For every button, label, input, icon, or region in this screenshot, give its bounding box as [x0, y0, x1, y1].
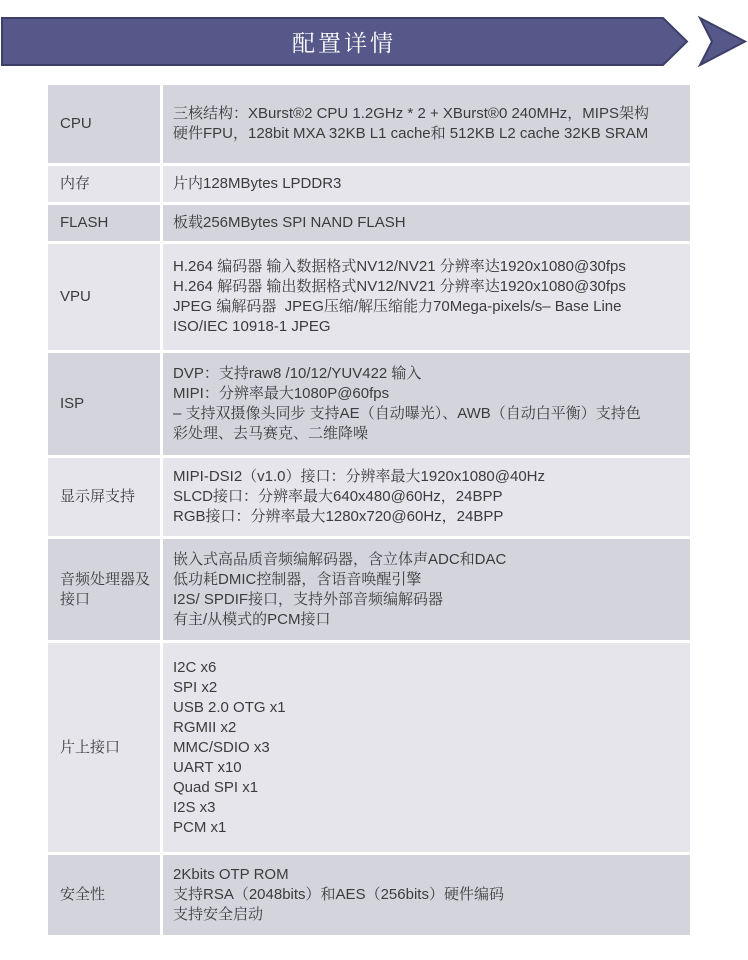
- spec-line: I2C x6: [173, 658, 682, 678]
- spec-line: H.264 编码器 输入数据格式NV12/NV21 分辨率达1920x1080@…: [173, 257, 682, 277]
- table-row: ISP DVP：支持raw8 /10/12/YUV422 输入MIPI：分辨率最…: [48, 353, 690, 455]
- spec-row-label: 音频处理器及接口: [48, 539, 160, 640]
- spec-row-value: 三核结构：XBurst®2 CPU 1.2GHz * 2 + XBurst®0 …: [163, 85, 690, 163]
- spec-line: 低功耗DMIC控制器，含语音唤醒引擎: [173, 570, 682, 590]
- header-banner: 配置详情: [0, 0, 748, 72]
- spec-line: 嵌入式高品质音频编解码器，含立体声ADC和DAC: [173, 550, 682, 570]
- table-row: 安全性 2Kbits OTP ROM支持RSA（2048bits）和AES（25…: [48, 855, 690, 935]
- spec-line: JPEG 编解码器 JPEG压缩/解压缩能力70Mega-pixels/s– B…: [173, 297, 682, 317]
- spec-line: MIPI：分辨率最大1080P@60fps: [173, 384, 682, 404]
- spec-table: CPU 三核结构：XBurst®2 CPU 1.2GHz * 2 + XBurs…: [48, 85, 690, 935]
- chevron-right-icon: [700, 18, 745, 65]
- spec-row-label: 显示屏支持: [48, 458, 160, 536]
- spec-line: ISO/IEC 10918-1 JPEG: [173, 317, 682, 337]
- table-row: 内存 片内128MBytes LPDDR3: [48, 166, 690, 202]
- spec-row-label: CPU: [48, 85, 160, 163]
- spec-row-label: ISP: [48, 353, 160, 455]
- spec-line: RGB接口：分辨率最大1280x720@60Hz，24BPP: [173, 507, 682, 527]
- spec-row-label: 内存: [48, 166, 160, 202]
- spec-line: 2Kbits OTP ROM: [173, 865, 682, 885]
- spec-line: 硬件FPU，128bit MXA 32KB L1 cache和 512KB L2…: [173, 124, 682, 144]
- spec-line: DVP：支持raw8 /10/12/YUV422 输入: [173, 364, 682, 384]
- spec-line: MIPI-DSI2（v1.0）接口：分辨率最大1920x1080@40Hz: [173, 467, 682, 487]
- table-row: 片上接口 I2C x6SPI x2USB 2.0 OTG x1RGMII x2M…: [48, 643, 690, 852]
- spec-line: 板载256MBytes SPI NAND FLASH: [173, 213, 682, 233]
- spec-row-value: I2C x6SPI x2USB 2.0 OTG x1RGMII x2MMC/SD…: [163, 643, 690, 852]
- page-title: 配置详情: [0, 18, 688, 65]
- spec-row-value: 嵌入式高品质音频编解码器，含立体声ADC和DAC低功耗DMIC控制器，含语音唤醒…: [163, 539, 690, 640]
- spec-line: – 支持双摄像头同步 支持AE（自动曝光）、AWB（自动白平衡）支持色: [173, 404, 682, 424]
- spec-line: 彩处理、去马赛克、二维降噪: [173, 424, 682, 444]
- table-row: 音频处理器及接口 嵌入式高品质音频编解码器，含立体声ADC和DAC低功耗DMIC…: [48, 539, 690, 640]
- spec-row-label: 安全性: [48, 855, 160, 935]
- spec-line: MMC/SDIO x3: [173, 738, 682, 758]
- spec-row-value: MIPI-DSI2（v1.0）接口：分辨率最大1920x1080@40HzSLC…: [163, 458, 690, 536]
- spec-line: Quad SPI x1: [173, 778, 682, 798]
- spec-line: USB 2.0 OTG x1: [173, 698, 682, 718]
- spec-line: UART x10: [173, 758, 682, 778]
- spec-row-value: DVP：支持raw8 /10/12/YUV422 输入MIPI：分辨率最大108…: [163, 353, 690, 455]
- spec-row-value: H.264 编码器 输入数据格式NV12/NV21 分辨率达1920x1080@…: [163, 244, 690, 350]
- spec-row-value: 2Kbits OTP ROM支持RSA（2048bits）和AES（256bit…: [163, 855, 690, 935]
- spec-row-label: 片上接口: [48, 643, 160, 852]
- spec-line: I2S x3: [173, 798, 682, 818]
- spec-line: SLCD接口：分辨率最大640x480@60Hz，24BPP: [173, 487, 682, 507]
- spec-line: 有主/从模式的PCM接口: [173, 610, 682, 630]
- table-row: FLASH 板载256MBytes SPI NAND FLASH: [48, 205, 690, 241]
- spec-line: PCM x1: [173, 818, 682, 838]
- spec-row-value: 板载256MBytes SPI NAND FLASH: [163, 205, 690, 241]
- table-row: VPU H.264 编码器 输入数据格式NV12/NV21 分辨率达1920x1…: [48, 244, 690, 350]
- table-row: CPU 三核结构：XBurst®2 CPU 1.2GHz * 2 + XBurs…: [48, 85, 690, 163]
- spec-line: 三核结构：XBurst®2 CPU 1.2GHz * 2 + XBurst®0 …: [173, 104, 682, 124]
- table-row: 显示屏支持 MIPI-DSI2（v1.0）接口：分辨率最大1920x1080@4…: [48, 458, 690, 536]
- spec-line: RGMII x2: [173, 718, 682, 738]
- spec-line: SPI x2: [173, 678, 682, 698]
- spec-row-label: VPU: [48, 244, 160, 350]
- spec-row-label: FLASH: [48, 205, 160, 241]
- spec-line: H.264 解码器 输出数据格式NV12/NV21 分辨率达1920x1080@…: [173, 277, 682, 297]
- spec-line: 支持RSA（2048bits）和AES（256bits）硬件编码: [173, 885, 682, 905]
- spec-line: 支持安全启动: [173, 905, 682, 925]
- spec-line: 片内128MBytes LPDDR3: [173, 174, 682, 194]
- spec-row-value: 片内128MBytes LPDDR3: [163, 166, 690, 202]
- spec-page: 配置详情 CPU 三核结构：XBurst®2 CPU 1.2GHz * 2 + …: [0, 0, 748, 960]
- spec-line: I2S/ SPDIF接口，支持外部音频编解码器: [173, 590, 682, 610]
